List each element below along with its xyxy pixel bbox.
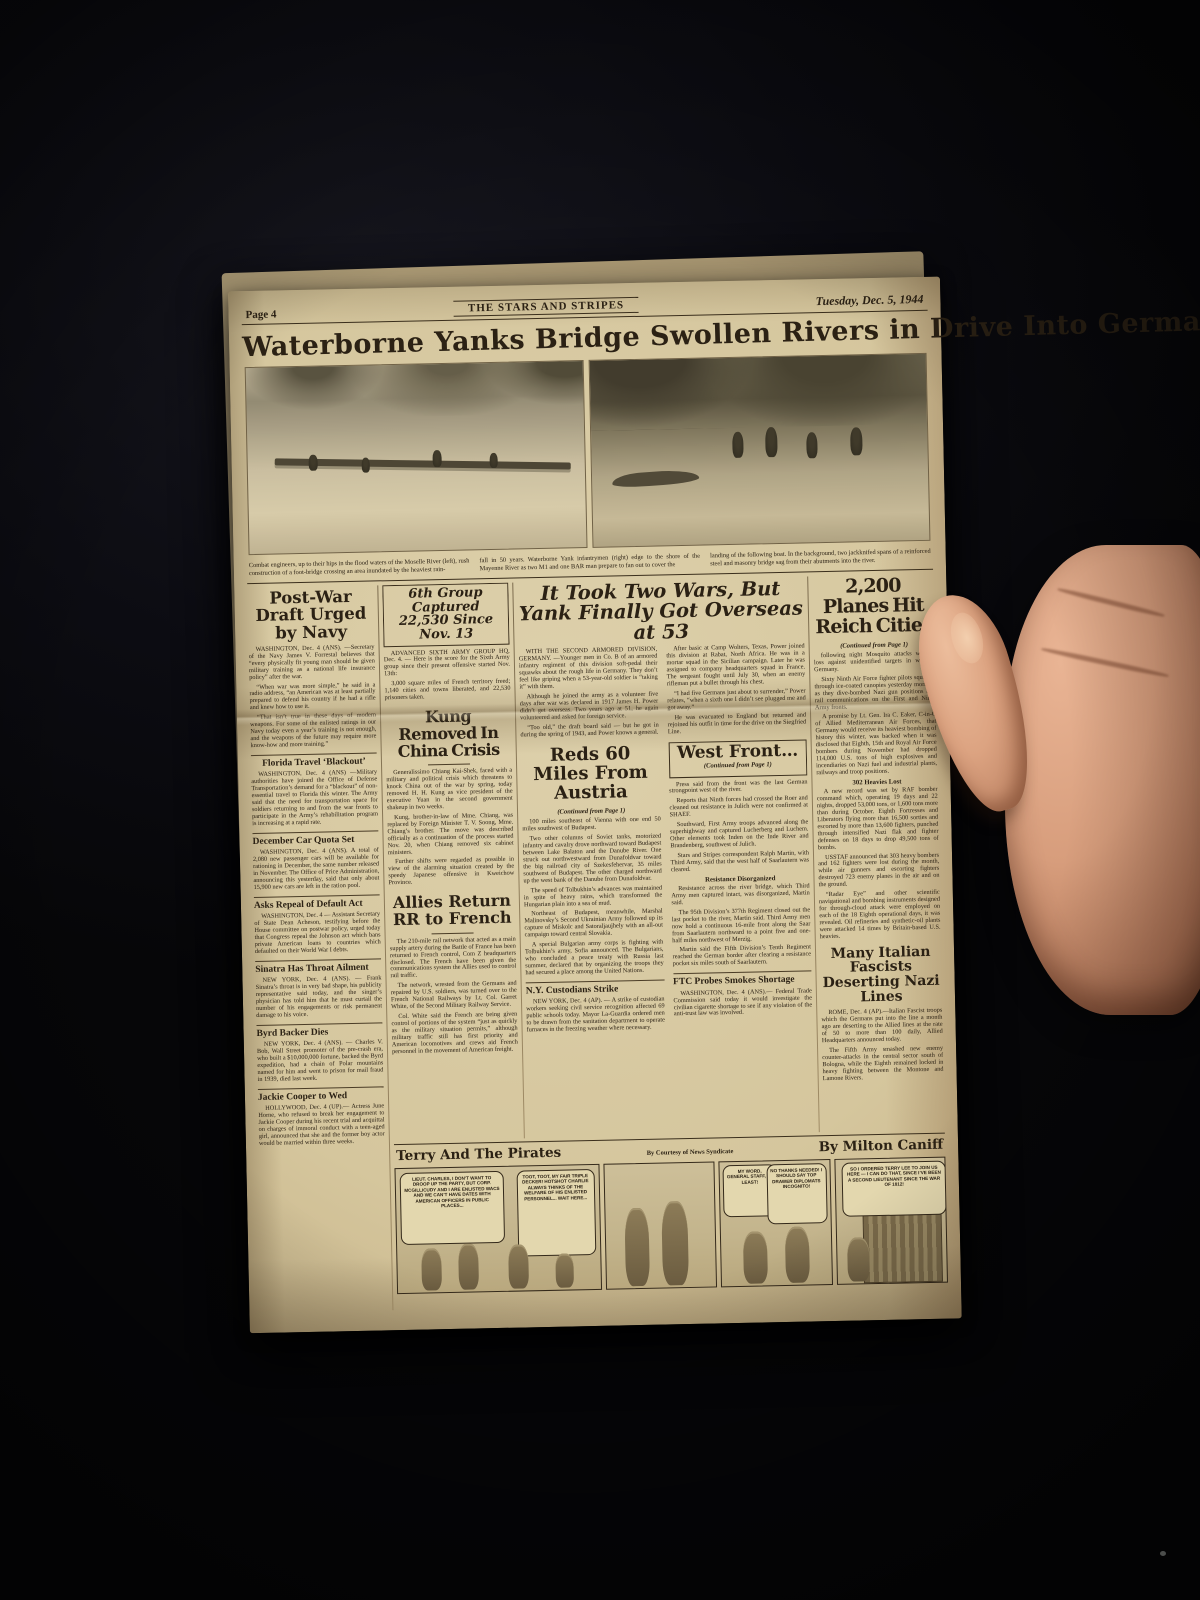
column-1: Post-War Draft Urged by Navy WASHINGTON,… (247, 585, 388, 1312)
comic-figure (421, 1248, 442, 1290)
column-2: 6th Group Captured 22,530 Since Nov. 13 … (382, 583, 520, 1142)
newspaper-nameplate: THE STARS AND STRIPES (454, 297, 638, 317)
article-paragraph: A promise by Lt. Gen. Ira C. Eaker, C-in… (815, 712, 937, 777)
caption-left: Combat engineers, up to their hips in th… (249, 557, 470, 578)
comic-title: Terry And The Pirates (396, 1145, 561, 1164)
article-paragraph: 100 miles southeast of Vienna with one e… (522, 817, 661, 834)
article-paragraph: WITH THE SECOND ARMORED DIVISION, GERMAN… (519, 647, 658, 691)
article-paragraph: WASHINGTON, Dec. 4 (ANS) —Military autho… (251, 770, 378, 828)
issue-date: Tuesday, Dec. 5, 1944 (815, 292, 923, 309)
page-number: Page 4 (245, 308, 276, 321)
comic-figure (555, 1253, 574, 1287)
soldier-figure (766, 427, 779, 457)
comic-strip: LIEUT. CHARLES, I DON’T WANT TO DROOP UP… (394, 1157, 948, 1295)
columns-3-4: It Took Two Wars, But Yank Finally Got O… (517, 576, 815, 1138)
headline-allies-rr: Allies Return RR to French (389, 893, 516, 929)
engineer-figure (490, 453, 498, 468)
article-paragraph: The speed of Tolbukhin’s advances was ma… (524, 885, 663, 909)
two-wars-body: WITH THE SECOND ARMORED DIVISION, GERMAN… (519, 644, 807, 742)
headline-florida-blackout: Florida Travel ‘Blackout’ (251, 752, 377, 769)
soldier-figure (732, 432, 744, 458)
rule (428, 764, 471, 766)
article-paragraph: “I had five Germans just about to surren… (667, 688, 806, 712)
comic-panel-4: SO I ORDERED TERRY LEE TO JOIN US HERE —… (834, 1157, 948, 1285)
article-paragraph: Press said from the front was the last G… (669, 779, 808, 796)
article-paragraph: following night Mosquito attacks without… (814, 651, 935, 674)
caption-center: fall in 50 years. Waterborne Yank infant… (479, 553, 700, 574)
article-paragraph: WASHINGTON, Dec. 4 (ANS). A total of 2,0… (253, 848, 380, 892)
column-5: 2,200 Planes Hit Reich Cities (Continued… (812, 574, 945, 1132)
headline-two-wars: It Took Two Wars, But Yank Finally Got O… (517, 578, 804, 645)
treeline (246, 361, 584, 420)
article-paragraph: Two other columns of Soviet tanks, motor… (523, 834, 662, 885)
article-paragraph: Further shifts were regarded as possible… (388, 857, 515, 887)
comic-byline: By Milton Caniff (819, 1137, 944, 1156)
headline-byrd: Byrd Backer Dies (256, 1022, 382, 1039)
speech-bubble: LIEUT. CHARLES, I DON’T WANT TO DROOP UP… (400, 1171, 505, 1245)
article-paragraph: NEW YORK, Dec. 4 (AP). — A strike of cus… (526, 997, 665, 1035)
comic-figure (458, 1243, 479, 1289)
speech-bubble: NO THANKS NEEDED! I SHOULD SAY TOP DRAWE… (766, 1163, 827, 1224)
two-wars-col-a: WITH THE SECOND ARMORED DIVISION, GERMAN… (519, 647, 659, 742)
article-paragraph: The 210-mile rail network that acted as … (390, 936, 517, 980)
article-paragraph: After basic at Camp Wolters, Texas, Powe… (666, 644, 805, 688)
comic-figure (508, 1244, 529, 1288)
article-paragraph: Martin said the Fifth Division’s Tenth R… (672, 945, 811, 969)
comic-figure (662, 1201, 690, 1286)
continued-note: (Continued from Page 1) (522, 807, 661, 817)
article-paragraph: “Radar Eye” and other scientific navigat… (819, 890, 941, 941)
hand-fingers (1005, 545, 1200, 1015)
thumb-highlight (945, 609, 988, 667)
photo-background: Page 4 THE STARS AND STRIPES Tuesday, De… (0, 0, 1200, 1600)
article-paragraph: WASHINGTON, Dec. 4 (ANS). —Secretary of … (249, 644, 376, 681)
dust-speck (1160, 1551, 1166, 1556)
headline-default-act: Asks Repeal of Default Act (254, 894, 380, 911)
article-paragraph: Kung, brother-in-law of Mme. Chiang, was… (387, 813, 514, 857)
comic-figure (784, 1227, 809, 1283)
engineer-figure (433, 450, 442, 467)
lower-subcolumns: Reds 60 Miles From Austria (Continued fr… (521, 740, 815, 1138)
headline-ftc-smokes: FTC Probes Smokes Shortage (673, 971, 812, 988)
article-paragraph: 3,000 square miles of French territory f… (384, 679, 510, 702)
photo-row (245, 353, 931, 555)
article-paragraph: WASHINGTON, Dec. 4 (ANS).— Federal Trade… (673, 988, 812, 1019)
article-paragraph: “That isn’t true in these days of modern… (250, 713, 377, 750)
two-wars-col-b: After basic at Camp Wolters, Texas, Powe… (666, 644, 806, 739)
boxed-headline-sixth-group: 6th Group Captured 22,530 Since Nov. 13 (382, 583, 509, 647)
comic-panel-3: MY WORD, GENERAL STAFF, AT LEAST! NO THA… (718, 1159, 832, 1287)
speech-bubble: TOOT, TOOT, MY FAIR TRIPLE DECKER! HOTSH… (516, 1169, 596, 1257)
article-paragraph: He was evacuated to England but returned… (668, 712, 807, 736)
rule (431, 932, 474, 934)
article-paragraph: “Too old,” the draft board said — but he… (520, 722, 659, 739)
right-region: 6th Group Captured 22,530 Since Nov. 13 … (382, 574, 948, 1310)
comic-figure (743, 1231, 768, 1283)
photo-moselle-footbridge (245, 360, 587, 555)
headline-postwar-draft: Post-War Draft Urged by Navy (247, 587, 374, 642)
soldier-figure (850, 427, 863, 455)
body-columns: 6th Group Captured 22,530 Since Nov. 13 … (382, 574, 945, 1141)
article-paragraph: The network, wrested from the Germans an… (391, 981, 518, 1011)
article-paragraph: Southward, First Army troops advanced al… (670, 820, 809, 851)
article-paragraph: HOLLYWOOD, Dec. 4 (UP).— Actress June Ho… (258, 1103, 385, 1147)
headline-reds-austria: Reds 60 Miles From Austria (521, 745, 661, 805)
headline-jackie-cooper: Jackie Cooper to Wed (258, 1086, 384, 1103)
assault-boat (611, 468, 699, 488)
article-paragraph: NEW YORK, Dec. 4 (ANS). — Frank Sinatra’… (255, 975, 382, 1019)
photo-mayenne-infantrymen (588, 353, 930, 548)
newspaper-page: Page 4 THE STARS AND STRIPES Tuesday, De… (228, 277, 962, 1334)
headline-car-quota: December Car Quota Set (252, 830, 378, 847)
comic-panel-2 (603, 1161, 717, 1289)
article-paragraph: “When war was more simple,” he said in a… (249, 682, 376, 712)
continued-note: (Continued from Page 1) (814, 641, 935, 651)
comic-panel-1: LIEUT. CHARLES, I DON’T WANT TO DROOP UP… (394, 1164, 601, 1294)
article-paragraph: Generalissimo Chiang Kai-Shek, faced wit… (386, 768, 513, 812)
column-3: Reds 60 Miles From Austria (Continued fr… (521, 743, 668, 1138)
headline-sinatra: Sinatra Has Throat Ailment (255, 958, 381, 975)
article-paragraph: USSTAF announced that 303 heavy bombers … (818, 852, 940, 889)
article-paragraph: The Fifth Army smashed new enemy counter… (822, 1046, 944, 1083)
comic-figure (625, 1208, 651, 1286)
treeline (589, 354, 927, 431)
article-paragraph: ADVANCED SIXTH ARMY GROUP HQ, Dec. 4. — … (384, 648, 511, 678)
article-columns: Post-War Draft Urged by Navy WASHINGTON,… (247, 574, 948, 1313)
article-paragraph: The 95th Division’s 377th Regiment close… (672, 907, 811, 945)
article-paragraph: A new record was set by RAF bomber comma… (817, 787, 939, 852)
article-paragraph: A special Bulgarian army corps is fighti… (525, 940, 664, 978)
comic-figure (847, 1237, 870, 1281)
article-paragraph: Northeast of Budapest, meanwhile, Marsha… (524, 909, 663, 940)
finger-crease (1057, 587, 1165, 618)
article-paragraph: Col. White said the French are being giv… (391, 1012, 518, 1056)
finger-crease (1041, 647, 1169, 679)
speech-bubble: SO I ORDERED TERRY LEE TO JOIN US HERE —… (842, 1161, 947, 1217)
caption-right: landing of the following boat. In the ba… (710, 548, 931, 569)
headline-planes: 2,200 Planes Hit Reich Cities (812, 576, 934, 638)
footbridge (275, 458, 571, 469)
headline-kung: Kung Removed In China Crisis (385, 708, 512, 761)
column-4: West Front… (Continued from Page 1) Pres… (668, 740, 815, 1135)
article-paragraph: Reports that Ninth forces had crossed th… (669, 796, 808, 820)
engineer-figure (362, 458, 370, 473)
article-paragraph: ROME, Dec. 4 (AP).—Italian Fascist troop… (821, 1008, 943, 1045)
article-paragraph: Sixty Ninth Air Force fighter pilots squ… (814, 675, 936, 712)
engineer-figure (308, 455, 317, 471)
article-paragraph: Resistance across the river bridge, whic… (671, 884, 810, 908)
article-paragraph: NEW YORK, Dec. 4 (ANS). — Charles V. Bob… (257, 1039, 384, 1083)
comic-courtesy: By Courtesy of News Syndicate (647, 1148, 734, 1157)
article-paragraph: Stars and Stripes correspondent Ralph Ma… (670, 850, 809, 874)
headline-custodians: N.Y. Custodians Strike (526, 979, 665, 996)
article-paragraph: Although he joined the army as a volunte… (520, 691, 659, 722)
article-paragraph: WASHINGTON, Dec. 4 — Assistant Secretary… (254, 911, 381, 955)
headline-fascists: Many Italian Fascists Deserting Nazi Lin… (820, 944, 942, 1005)
comic-section: Terry And The Pirates By Courtesy of New… (394, 1130, 948, 1311)
boxed-headline-west-front: West Front… (Continued from Page 1) (668, 740, 807, 778)
soldier-figure (806, 432, 818, 458)
